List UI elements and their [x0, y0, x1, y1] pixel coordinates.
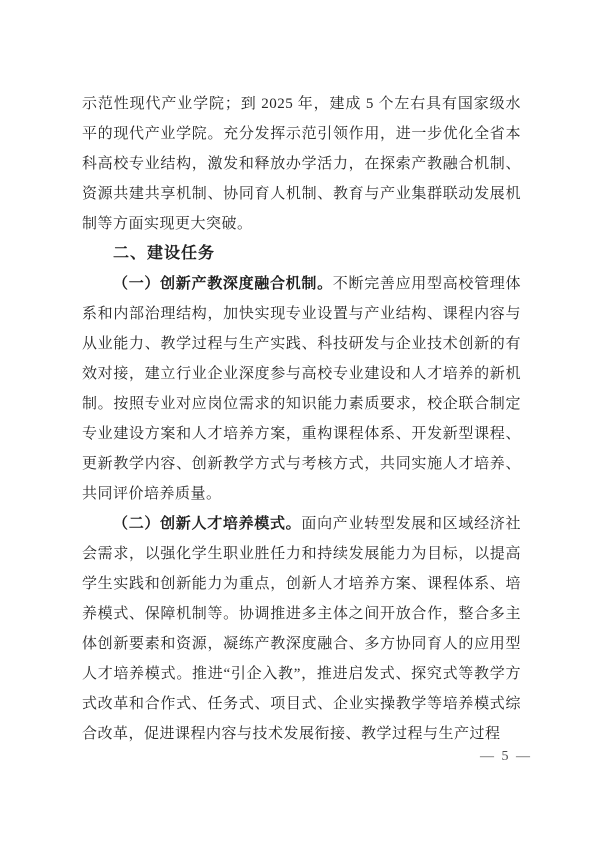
continuation-paragraph: 示范性现代产业学院；到 2025 年，建成 5 个左右具有国家级水平的现代产业学… [82, 89, 521, 239]
subsection-paragraph-1: （一）创新产教深度融合机制。不断完善应用型高校管理体系和内部治理结构，加快实现专… [82, 269, 521, 509]
section-heading: 二、建设任务 [82, 239, 521, 269]
page-number: — 5 — [480, 749, 532, 765]
document-page: 示范性现代产业学院；到 2025 年，建成 5 个左右具有国家级水平的现代产业学… [0, 0, 600, 848]
subsection-2-body: 面向产业转型发展和区域经济社会需求，以强化学生职业胜任力和持续发展能力为目标，以… [82, 516, 521, 742]
subsection-1-body: 不断完善应用型高校管理体系和内部治理结构，加快实现专业设置与产业结构、课程内容与… [82, 276, 521, 502]
subsection-2-lead: （二）创新人才培养模式。 [113, 516, 301, 532]
subsection-1-lead: （一）创新产教深度融合机制。 [113, 276, 333, 292]
subsection-paragraph-2: （二）创新人才培养模式。面向产业转型发展和区域经济社会需求，以强化学生职业胜任力… [82, 509, 521, 749]
document-content: 示范性现代产业学院；到 2025 年，建成 5 个左右具有国家级水平的现代产业学… [82, 89, 521, 749]
